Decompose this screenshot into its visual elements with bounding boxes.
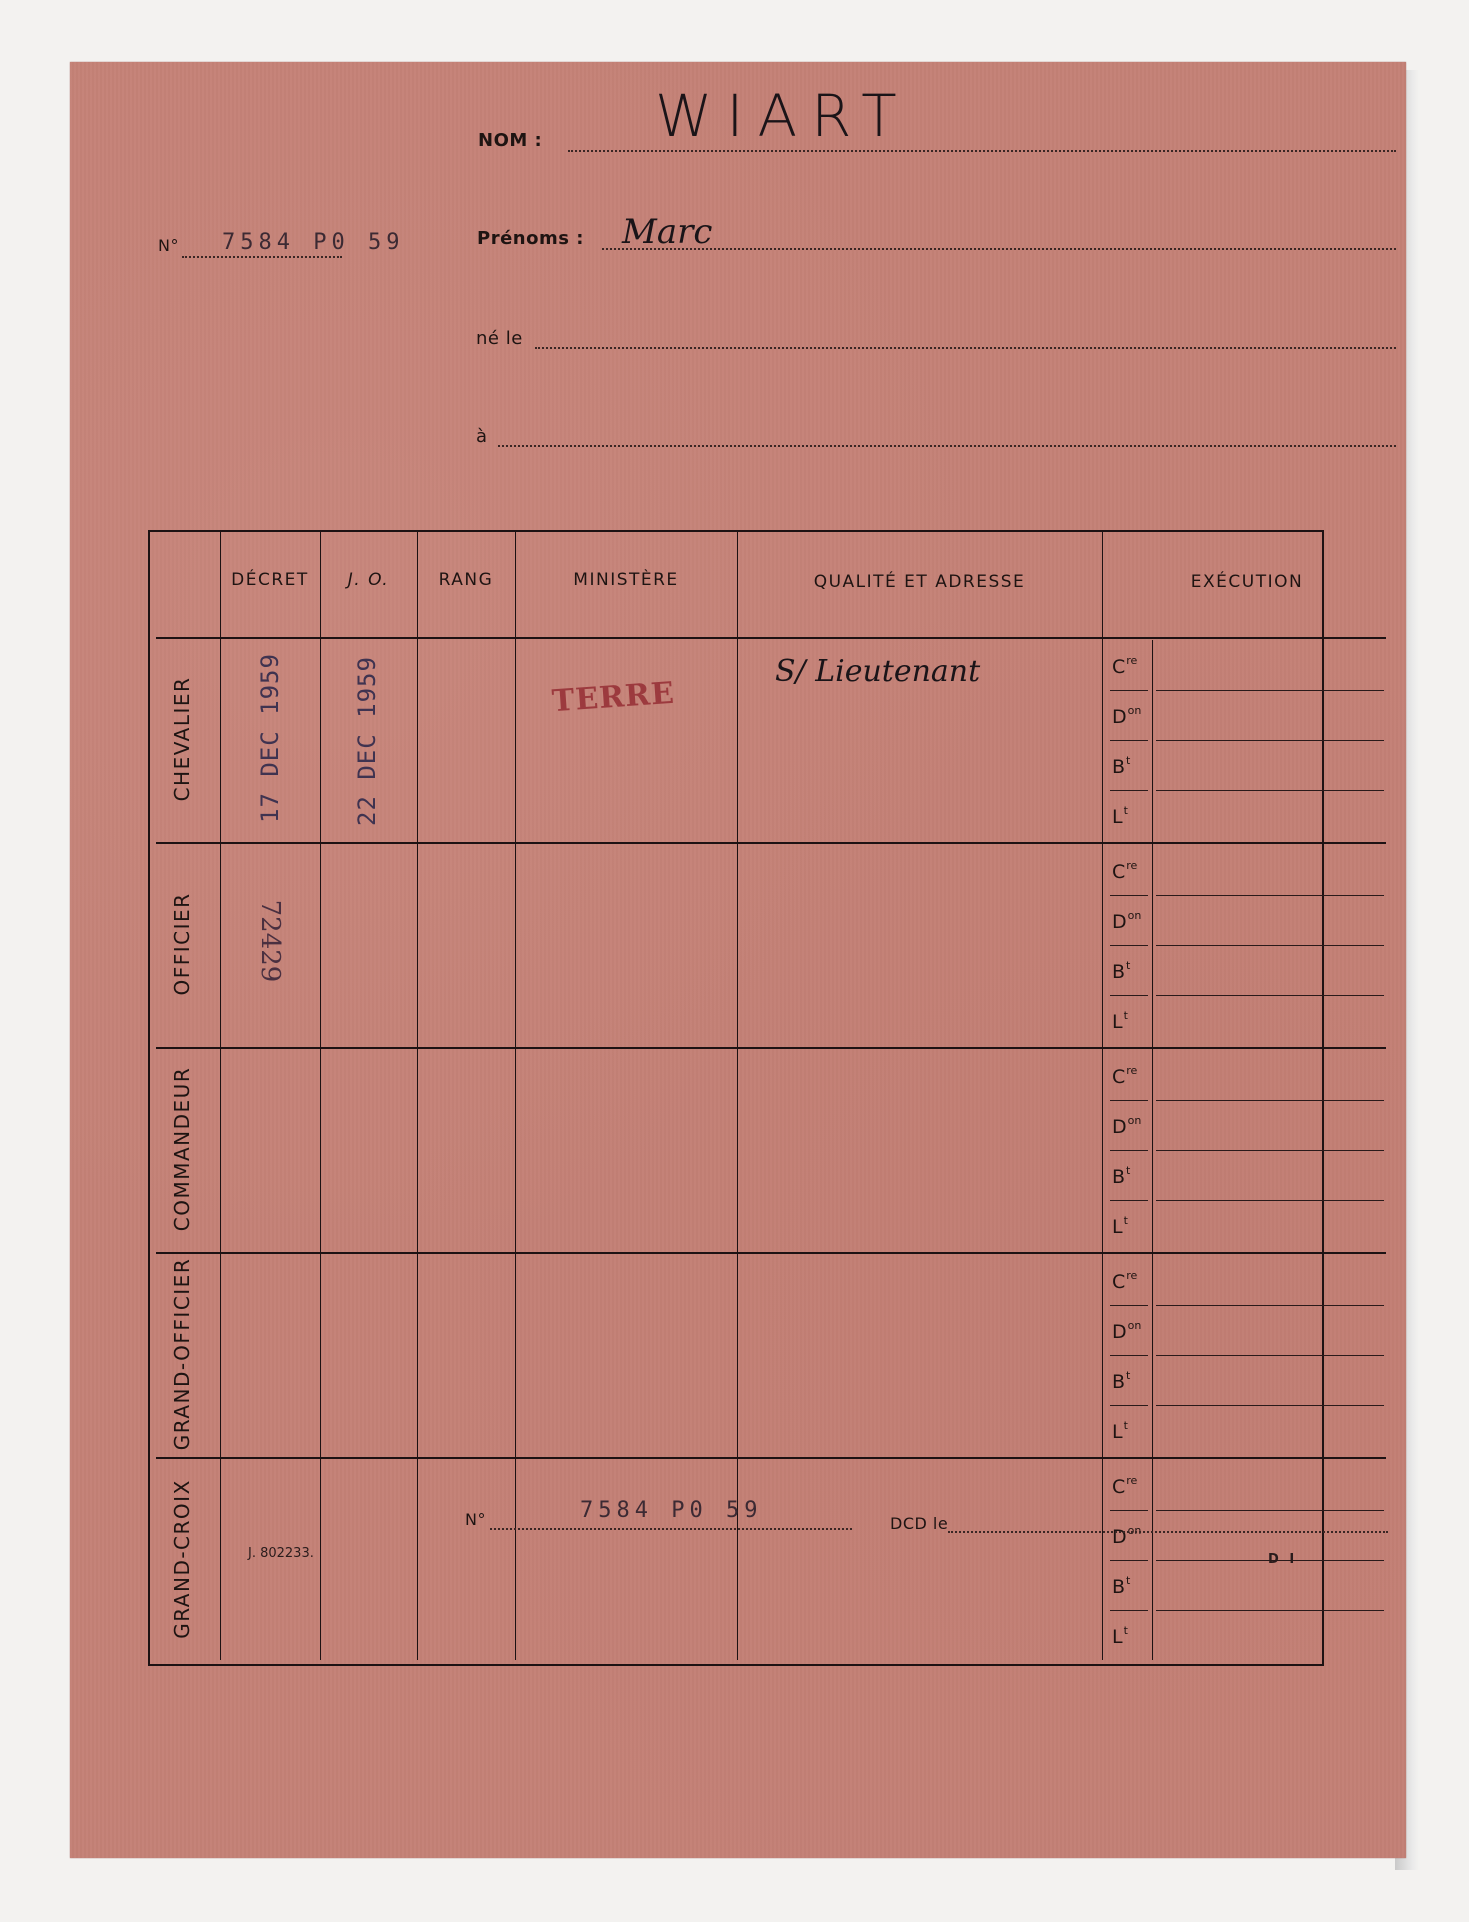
execution-label: Lt [1112,1009,1128,1033]
execution-label: Don [1112,1524,1141,1548]
rank-grand-officier: GRAND-OFFICIER [170,1254,194,1454]
execution-label: Lt [1112,804,1128,828]
execution-field-divider [1156,740,1384,741]
execution-label-base: L [1112,1216,1123,1238]
execution-field-divider [1156,1150,1384,1151]
nom-line [568,150,1396,152]
execution-label-base: B [1112,1166,1125,1188]
execution-field[interactable] [1156,1307,1384,1353]
execution-field[interactable] [1156,692,1384,738]
col-divider-5 [737,532,738,1660]
execution-label-divider [1110,690,1148,691]
prenoms-label: Prénoms : [477,228,584,249]
execution-label: Cre [1112,654,1137,678]
chevalier-qualite-handwriting[interactable]: S/ Lieutenant [775,654,980,689]
execution-label-sup: on [1128,909,1142,922]
footer-numero-line [490,1528,852,1530]
execution-field[interactable] [1156,1462,1384,1508]
record-card: NOM : WIART N° 7584 P0 59 Prénoms : Marc… [70,62,1406,1858]
execution-label-divider [1110,740,1148,741]
execution-label-base: B [1112,756,1125,778]
col-divider-3 [417,532,418,1660]
execution-field[interactable] [1156,947,1384,993]
execution-label-divider [1110,995,1148,996]
execution-field[interactable] [1156,742,1384,788]
col-header-qualite-adresse: QUALITÉ ET ADRESSE [737,572,1102,592]
execution-label-base: L [1112,1421,1123,1443]
execution-label-base: B [1112,961,1125,983]
execution-field-divider [1156,1200,1384,1201]
row-divider-1 [156,842,1386,844]
rank-grand-croix: GRAND-CROIX [170,1459,194,1659]
execution-field[interactable] [1156,997,1384,1043]
execution-label-base: D [1112,1526,1127,1548]
form-code: D I [1268,1552,1297,1567]
execution-label: Don [1112,1114,1141,1138]
execution-label-base: L [1112,1011,1123,1033]
execution-label-divider [1110,1200,1148,1201]
numero-field[interactable]: 7584 P0 59 [222,230,404,255]
execution-label: Cre [1112,1474,1137,1498]
execution-label-divider [1110,790,1148,791]
execution-field[interactable] [1156,1357,1384,1403]
execution-field-divider [1156,1355,1384,1356]
execution-label-base: B [1112,1576,1125,1598]
execution-label: Bt [1112,959,1130,983]
execution-field[interactable] [1156,1562,1384,1608]
execution-field[interactable] [1156,1152,1384,1198]
execution-field-divider [1156,1100,1384,1101]
chevalier-jo-date[interactable]: 22 DEC 1959 [353,646,381,836]
execution-label-base: L [1112,1626,1123,1648]
execution-label-base: D [1112,911,1127,933]
col-header-ministere: MINISTÈRE [515,570,737,590]
execution-label: Don [1112,704,1141,728]
execution-field[interactable] [1156,1612,1384,1658]
execution-label-base: L [1112,806,1123,828]
col-divider-4 [515,532,516,1660]
execution-field[interactable] [1156,847,1384,893]
execution-label-divider [1110,895,1148,896]
col-header-execution: EXÉCUTION [1102,572,1392,592]
ne-le-field[interactable] [535,347,1396,349]
rank-officier: OFFICIER [170,844,194,1044]
execution-label-base: D [1112,706,1127,728]
execution-label-sup: t [1126,1574,1130,1587]
numero-label: N° [158,236,179,255]
nom-label: NOM : [478,130,542,151]
execution-label: Cre [1112,1064,1137,1088]
execution-label-sup: t [1124,1214,1128,1227]
col-divider-2 [320,532,321,1660]
execution-label: Cre [1112,859,1137,883]
execution-label: Don [1112,909,1141,933]
execution-label-sup: re [1126,1064,1137,1077]
a-label: à [476,426,488,447]
execution-field[interactable] [1156,642,1384,688]
execution-label-base: C [1112,1066,1125,1088]
execution-field[interactable] [1156,1407,1384,1453]
officier-decret-number[interactable]: 72429 [255,891,285,991]
execution-label-divider [1110,1305,1148,1306]
execution-label: Bt [1112,754,1130,778]
prenoms-field[interactable]: Marc [622,212,712,252]
execution-label: Bt [1112,1164,1130,1188]
rank-chevalier: CHEVALIER [170,639,194,839]
execution-label-sup: t [1124,1624,1128,1637]
ne-le-label: né le [476,328,523,349]
execution-label-sup: re [1126,1474,1137,1487]
execution-label-divider [1110,1355,1148,1356]
col-divider-1 [220,532,221,1660]
a-field[interactable] [498,445,1396,447]
col-divider-6 [1102,532,1103,1660]
execution-label-base: C [1112,861,1125,883]
print-reference: J. 802233. [248,1546,314,1561]
execution-field[interactable] [1156,1257,1384,1303]
execution-label: Lt [1112,1419,1128,1443]
footer-numero-label: N° [465,1510,486,1529]
execution-label-sup: t [1126,1369,1130,1382]
execution-field[interactable] [1156,897,1384,943]
execution-field-divider [1156,790,1384,791]
col-header-rang: RANG [417,570,515,590]
execution-label-divider [1110,945,1148,946]
execution-label-sup: t [1124,1419,1128,1432]
execution-label-base: C [1112,1271,1125,1293]
execution-field[interactable] [1156,792,1384,838]
footer-numero-field[interactable]: 7584 P0 59 [580,1498,762,1523]
execution-field-divider [1156,1405,1384,1406]
execution-label-sup: t [1124,804,1128,817]
execution-label-sup: t [1126,1164,1130,1177]
execution-label-sup: on [1128,704,1142,717]
execution-label-base: C [1112,656,1125,678]
row-divider-3 [156,1252,1386,1254]
execution-label: Cre [1112,1269,1137,1293]
rank-commandeur: COMMANDEUR [170,1049,194,1249]
execution-label: Lt [1112,1624,1128,1648]
execution-label-divider [1110,1150,1148,1151]
execution-label: Bt [1112,1574,1130,1598]
execution-field[interactable] [1156,1202,1384,1248]
chevalier-decret-date[interactable]: 17 DEC 1959 [256,643,284,833]
dcd-field[interactable] [948,1531,1388,1533]
execution-label-divider [1110,1510,1148,1511]
execution-label-base: D [1112,1116,1127,1138]
execution-field-divider [1156,945,1384,946]
execution-field-divider [1156,895,1384,896]
dcd-label: DCD le [890,1514,948,1533]
execution-field-divider [1156,690,1384,691]
execution-field[interactable] [1156,1052,1384,1098]
execution-label-base: D [1112,1321,1127,1343]
execution-label: Lt [1112,1214,1128,1238]
execution-label-sup: t [1126,754,1130,767]
execution-label-base: C [1112,1476,1125,1498]
execution-field-divider [1156,995,1384,996]
nom-field[interactable]: WIART [655,82,911,150]
execution-label-sup: t [1126,959,1130,972]
execution-field-divider [1156,1305,1384,1306]
col-header-decret: DÉCRET [220,570,320,590]
execution-label-divider [1110,1560,1148,1561]
execution-label-base: B [1112,1371,1125,1393]
header-row-divider [156,637,1386,639]
execution-label-divider [1110,1405,1148,1406]
execution-label: Don [1112,1319,1141,1343]
prenoms-line [602,248,1396,250]
execution-subcol-divider [1152,640,1153,1660]
numero-line [182,256,342,258]
execution-label-sup: re [1126,654,1137,667]
row-divider-2 [156,1047,1386,1049]
execution-label-sup: on [1128,1319,1142,1332]
execution-field-divider [1156,1510,1384,1511]
execution-field[interactable] [1156,1102,1384,1148]
decorations-table [148,530,1324,1666]
col-header-jo: J. O. [320,570,417,590]
row-divider-4 [156,1457,1386,1459]
execution-label: Bt [1112,1369,1130,1393]
execution-label-sup: on [1128,1114,1142,1127]
execution-label-sup: re [1126,1269,1137,1282]
execution-label-divider [1110,1610,1148,1611]
execution-label-sup: t [1124,1009,1128,1022]
execution-label-divider [1110,1100,1148,1101]
execution-label-sup: re [1126,859,1137,872]
execution-field-divider [1156,1610,1384,1611]
